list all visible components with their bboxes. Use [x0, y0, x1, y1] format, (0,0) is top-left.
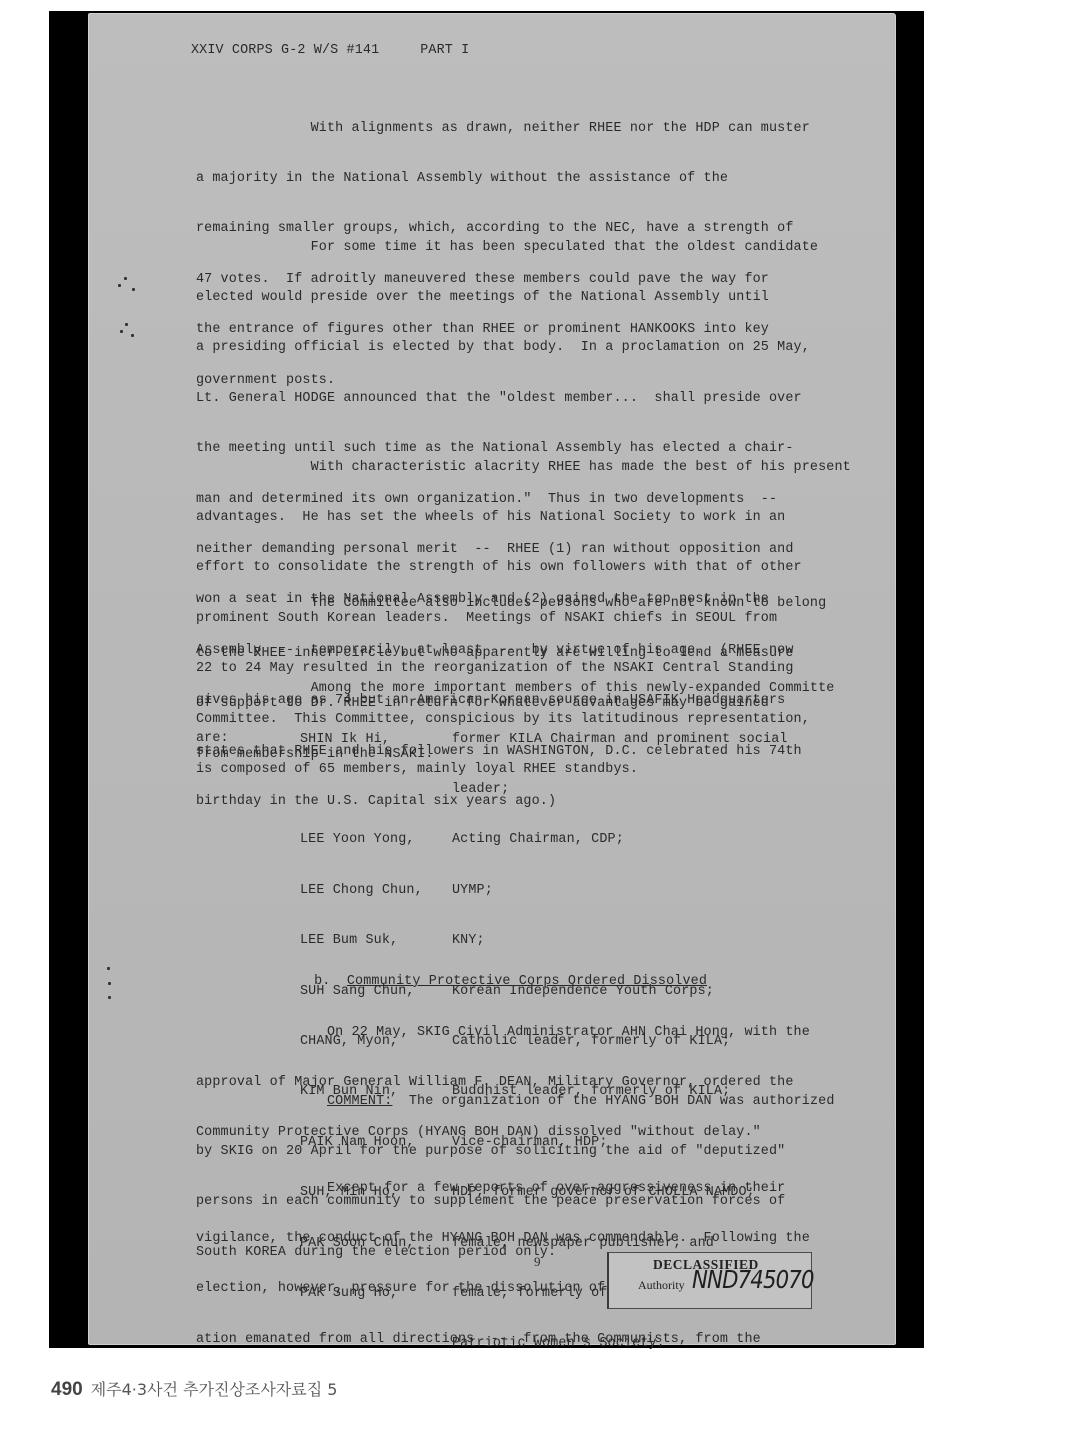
- document-header: XXIV CORPS G-2 W/S #141 PART I: [191, 43, 469, 60]
- member-desc: leader;: [452, 782, 509, 797]
- margin-dot: [132, 288, 135, 291]
- text-line: a presiding official is elected by that …: [196, 340, 818, 357]
- member-name: LEE Chong Chun,: [300, 883, 452, 900]
- stamp-authority-label: Authority: [638, 1278, 685, 1293]
- margin-dot: [120, 330, 123, 333]
- section-marker: b.: [314, 974, 330, 989]
- stamp-authority-number: NND745070: [692, 1265, 814, 1294]
- book-footer: 490 제주4·3사건 추가진상조사자료집 5: [51, 1377, 337, 1399]
- margin-dot: [124, 277, 127, 280]
- text-line: vigilance, the conduct of the HYANG BOH …: [196, 1231, 810, 1248]
- footer-book-title: 제주4·3사건 추가진상조사자료집 5: [91, 1377, 338, 1400]
- document-page: XXIV CORPS G-2 W/S #141 PART I With alig…: [88, 13, 896, 1345]
- text-span: The organization of the HYANG BOH DAN wa…: [392, 1094, 834, 1109]
- text-line: elected would preside over the meetings …: [196, 290, 818, 307]
- member-desc: former KILA Chairman and prominent socia…: [452, 732, 788, 747]
- member-name: LEE Bum Suk,: [300, 933, 452, 950]
- footer-page-number: 490: [51, 1379, 83, 1401]
- section-title: Community Protective Corps Ordered Disso…: [347, 974, 707, 989]
- text-line: For some time it has been speculated tha…: [196, 240, 818, 257]
- margin-dot: [118, 284, 121, 287]
- member-row: LEE Chong Chun,UYMP;: [300, 883, 788, 900]
- margin-dot: [108, 996, 111, 999]
- scanned-document-frame: XXIV CORPS G-2 W/S #141 PART I With alig…: [49, 11, 924, 1348]
- declassified-stamp: DECLASSIFIED Authority NND745070: [607, 1252, 812, 1309]
- member-row: LEE Yoon Yong,Acting Chairman, CDP;: [300, 832, 788, 849]
- text-line: a majority in the National Assembly with…: [196, 171, 810, 188]
- margin-dot: [131, 334, 134, 337]
- member-row: SHIN Ik Hi,former KILA Chairman and prom…: [300, 732, 788, 749]
- text-line: ation emanated from all directions -- fr…: [196, 1332, 810, 1349]
- text-line: Among the more important members of this…: [196, 681, 834, 698]
- text-line: With characteristic alacrity RHEE has ma…: [196, 460, 851, 477]
- member-desc: KNY;: [452, 933, 485, 948]
- text-line: advantages. He has set the wheels of his…: [196, 510, 851, 527]
- member-desc: UYMP;: [452, 883, 493, 898]
- text-line: Except for a few reports of over-aggress…: [196, 1181, 810, 1198]
- typed-page-number: 9: [534, 1254, 541, 1270]
- text-line: On 22 May, SKIG Civil Administrator AHN …: [196, 1025, 810, 1042]
- member-name: SHIN Ik Hi,: [300, 732, 452, 749]
- member-desc: Acting Chairman, CDP;: [452, 832, 624, 847]
- text-line: With alignments as drawn, neither RHEE n…: [196, 121, 810, 138]
- comment-label: COMMENT:: [327, 1094, 393, 1109]
- text-line: Lt. General HODGE announced that the "ol…: [196, 391, 818, 408]
- text-line: COMMENT: The organization of the HYANG B…: [196, 1094, 835, 1111]
- margin-dot: [107, 967, 110, 970]
- member-name: LEE Yoon Yong,: [300, 832, 452, 849]
- member-row: leader;: [300, 782, 788, 799]
- margin-dot: [108, 982, 111, 985]
- margin-dot: [125, 323, 128, 326]
- text-line: The Committee also includes persons who …: [196, 596, 826, 613]
- member-row: LEE Bum Suk,KNY;: [300, 933, 788, 950]
